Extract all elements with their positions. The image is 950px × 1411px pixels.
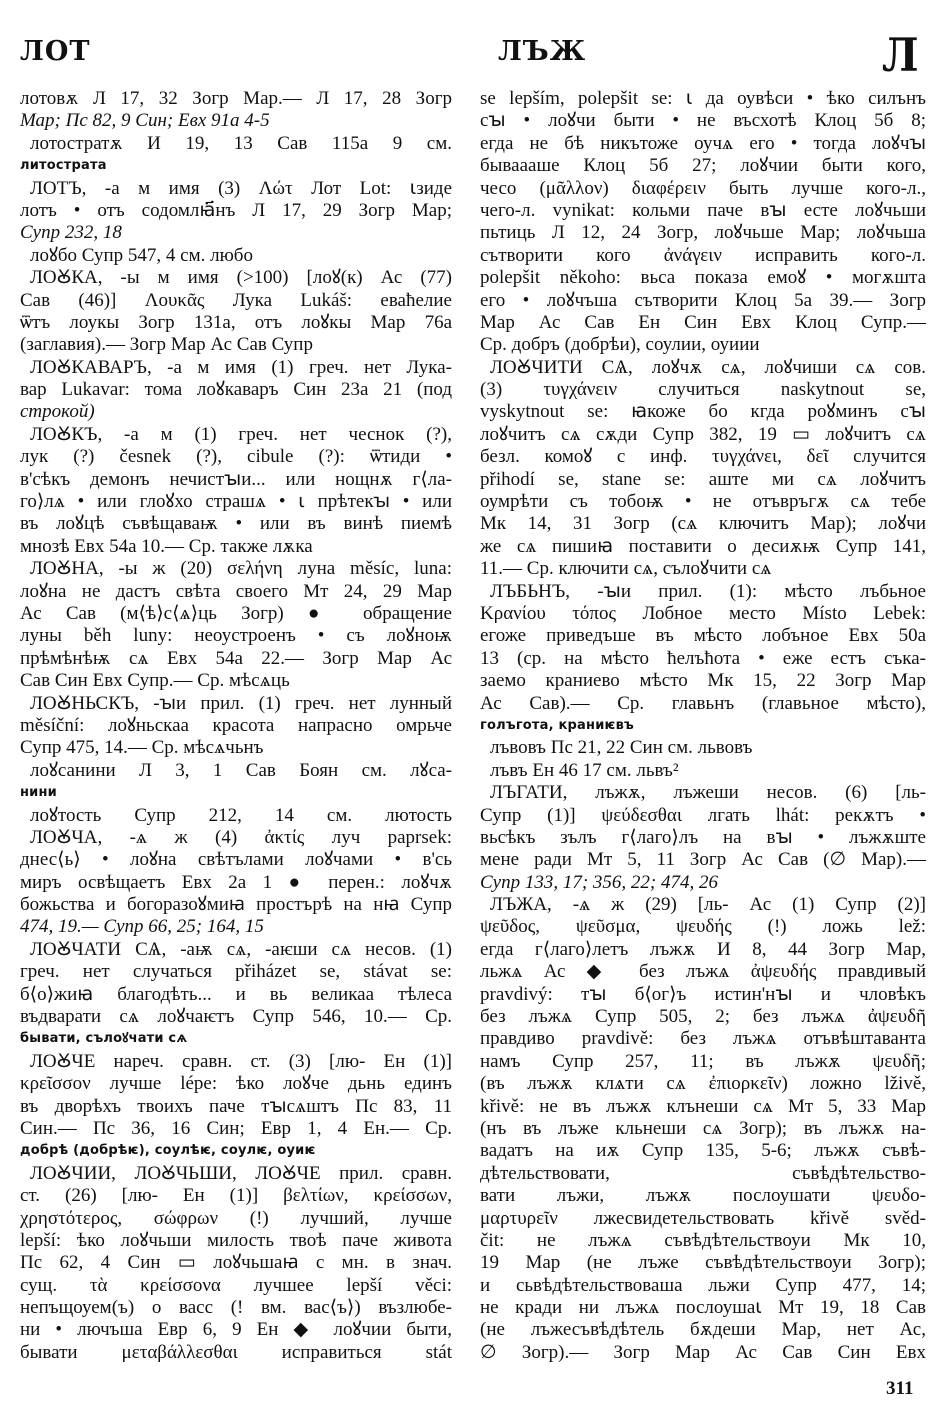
right-column: se lepším, polepšit se: ꙇ да оувѣси • ѣк… [480,88,926,1364]
dictionary-line: лоꙋсанини Л 3, 1 Сав Боян см. лꙋса- [20,760,452,782]
dictionary-line: въ лоꙋцѣ съвѣщаваѭ • или въ винѣ пиемѣ [20,513,452,535]
dictionary-line: Мк 14, 31 Зогр (сѧ ключитъ Мар); лоꙋчи [480,513,926,535]
dictionary-line: pravdivý: тꙑ б⟨ог⟩ъ истин'нꙑ и чловѣкъ [480,984,926,1006]
dictionary-line: Сав Син Евх Супр.— Ср. мѣсѧць [20,670,452,692]
dictionary-line: вати лъжи, лъжѫ послоушати ψευδο- [480,1185,926,1207]
dictionary-line: ЛЪБЬНЪ, -ꙑи прил. (1): мѣсто лъбьное [480,581,926,603]
dictionary-line: не кради ни лъжѧ послоушаꙇ Мт 19, 18 Сав [480,1297,926,1319]
dictionary-line: егда не бѣ никътоже оучѧ его • тогда лоꙋ… [480,133,926,155]
dictionary-line: мене ради Мт 5, 11 Зогр Ас Сав (∅ Мар).— [480,849,926,871]
dictionary-line: Мар; Пс 82, 9 Син; Евх 91а 4-5 [20,110,452,132]
dictionary-line: дѣтельствовати, съвѣдѣтельство- [480,1163,926,1185]
dictionary-line: лъвъ Ен 46 17 см. львъ² [480,760,926,782]
dictionary-line: голъгота, краниѥвъ [480,715,926,737]
dictionary-line: бывати, сълоꙋчати сѧ [20,1028,452,1050]
dictionary-line: (въ лъжѫ клѧти сѧ ἐπιορκεῖν) ложно lživě… [480,1073,926,1095]
dictionary-line: Κρανίου τόπος Лобное место Místo Lebek: [480,603,926,625]
dictionary-line: ни • лючъша Евр 6, 9 Ен ◆ лоꙋчии быти, [20,1319,452,1341]
dictionary-line: 19 Мар (не лъже съвѣдѣтельствоуи Зогр); [480,1252,926,1274]
dictionary-line: ЛОТЪ, -а м имя (3) Λώτ Лот Lot: ꙇзиде [20,178,452,200]
dictionary-line: Мар Ас Сав Ен Син Евх Клоц Супр.— [480,312,926,334]
dictionary-line: ЛОꙊКЪ, -а м (1) греч. нет чеснок (?), [20,424,452,446]
dictionary-line: Ас Сав).— Ср. главьнъ (главьное мѣсто), [480,693,926,715]
dictionary-line: вьсѣкъ зълъ г⟨лаго⟩лъ на вꙑ • лъжѫште [480,827,926,849]
dictionary-line: Сав (46)] Λουκᾶς Лука Lukáš: еваћелие [20,290,452,312]
dictionary-line: ЛОꙊЧА, -ѧ ж (4) ἀκτίς луч paprsek: [20,827,452,849]
dictionary-line: лоꙋна не дастъ свѣта своего Мт 24, 29 Ма… [20,581,452,603]
section-letter: Л [882,28,919,82]
dictionary-line: в'сѣкъ демонъ нечистꙑи... или нощнѫ г⟨ла… [20,469,452,491]
dictionary-line: ЛОꙊКАВАРЪ, -а м имя (1) греч. нет Лука- [20,357,452,379]
dictionary-line: ЛОꙊЧИИ, ЛОꙊЧЬШИ, ЛОꙊЧЕ прил. сравн. [20,1163,452,1185]
dictionary-line: сущ. τὰ κρείσσονα лучшее lepší věci: [20,1275,452,1297]
dictionary-line: Ас Сав (м⟨ѣ⟩с⟨ѧ⟩ць Зогр) ● обращение [20,603,452,625]
dictionary-line: днес⟨ь⟩ • лоꙋна свѣтълами лоꙋчами • в'сь [20,849,452,871]
dictionary-line: ЛОꙊЧАТИ СѦ, -аѭ сѧ, -аѥши сѧ несов. (1) [20,939,452,961]
dictionary-line: 13 (ср. на мѣсто ћелъћота • еже естъ сък… [480,648,926,670]
dictionary-line: čit: не лъжѧ съвѣдѣтельствоуи Мк 10, [480,1230,926,1252]
dictionary-line: мнозѣ Евх 54а 10.— Ср. также лѫка [20,536,452,558]
dictionary-line: křivě: не въ лъжѫ клънеши сѧ Мт 5, 33 Ма… [480,1096,926,1118]
dictionary-line: Син.— Пс 36, 16 Син; Евр 1, 4 Ен.— Ср. [20,1118,452,1140]
dictionary-line: polepšit někoho: вьса показа емоꙋ • могѫ… [480,267,926,289]
dictionary-line: μαρτυρεῖν лжесвидетельствовать křivě svě… [480,1208,926,1230]
dictionary-line: se lepším, polepšit se: ꙇ да оувѣси • ѣк… [480,88,926,110]
dictionary-line: Пс 62, 4 Син ▭ лоꙋчьшаꙗ с мн. в знач. [20,1252,452,1274]
dictionary-line: строкой) [20,401,452,423]
dictionary-line: ЛОꙊНА, -ы ж (20) σελήνη луна měsíc, luna… [20,558,452,580]
dictionary-line: въ дворѣхъ твоихъ паче тꙑсѧштъ Пс 83, 11 [20,1096,452,1118]
dictionary-line: льжѧ Ас ◆ без лъжѧ ἀψευδής правдивый [480,961,926,983]
dictionary-line: (3) τυγχάνειν случиться naskytnout se, [480,379,926,401]
dictionary-line: сꙑ • лоꙋчи быти • не въсхотѣ Клоц 5б 8; [480,110,926,132]
page-number: 311 [886,1378,913,1400]
dictionary-line: непъщоуем(ъ) о васс (! вм. вас⟨ъ⟩) възлю… [20,1297,452,1319]
dictionary-line: přihodí se, stane se: аште ми сѧ лоꙋчитъ [480,469,926,491]
dictionary-line: ЛЪЖА, -ѧ ж (29) [ль- Ас (1) Супр (2)] [480,894,926,916]
dictionary-line: добрѣ (добрѣѥ), соулѣѥ, соулѥ, оуиѥ [20,1140,452,1162]
dictionary-line: ЛОꙊНЬСКЪ, -ꙑи прил. (1) греч. нет лунный [20,693,452,715]
dictionary-line: бывати μεταβάλλεσθαι исправиться stát [20,1342,452,1364]
dictionary-line: намъ Супр 257, 11; въ лъжѫ ψευδῆ; [480,1051,926,1073]
dictionary-line: ∅ Зогр).— Зогр Мар Ас Сав Син Евх [480,1342,926,1364]
dictionary-line: егоже приведъше въ мѣсто лобъное Евх 50а [480,625,926,647]
dictionary-line: 474, 19.— Супр 66, 25; 164, 15 [20,916,452,938]
dictionary-line: въдварати сѧ лоꙋчаѥтъ Супр 546, 10.— Ср. [20,1006,452,1028]
dictionary-line: Супр 133, 17; 356, 22; 474, 26 [480,872,926,894]
dictionary-line: лоꙋчитъ сѧ сѫди Супр 382, 19 ▭ лоꙋчитъ с… [480,424,926,446]
dictionary-line: греч. нет случаться přiházet se, stávat … [20,961,452,983]
dictionary-line: Супр 475, 14.— Ср. мѣсѧчьнъ [20,737,452,759]
dictionary-line: божьства и богоразоꙋмиꙗ простърѣ на нꙗ С… [20,894,452,916]
dictionary-line: оумрѣти съ тобоѭ • не отъвръгѫ сѧ тебе [480,491,926,513]
dictionary-line: Супр (1)] ψεύδεσθαι лгать lhát: рекѫтъ • [480,805,926,827]
dictionary-line: бываааше Клоц 5б 27; лоꙋчии быти кого, [480,155,926,177]
dictionary-line: лоꙋтость Супр 212, 14 см. лютость [20,805,452,827]
running-header: ЛОТ ЛЪЖ Л [0,28,950,88]
dictionary-line: сътворити кого ἀνάγειν исправить кого-л. [480,245,926,267]
dictionary-line: Супр 232, 18 [20,222,452,244]
dictionary-line: лъвовъ Пс 21, 22 Син см. львовъ [480,737,926,759]
dictionary-line: ЛОꙊЧЕ нареч. сравн. ст. (3) [лю- Ен (1)] [20,1051,452,1073]
dictionary-line: чего-л. vynikat: кольми паче вꙑ есте лоꙋ… [480,200,926,222]
dictionary-line: κρεῖσσον лучше lépe: ѣко лоꙋче дьнь един… [20,1073,452,1095]
dictionary-line: же сѧ пишиꙗ поставити о десиѫѭ Супр 141, [480,536,926,558]
dictionary-line: (не лъжесъвѣдѣтель бѫдеши Мар, нет Ас, [480,1319,926,1341]
dictionary-line: лотъ • отъ содомлꙗ҃нъ Л 17, 29 Зогр Мар; [20,200,452,222]
dictionary-line: vyskytnout se: ꙗкоже бо кгда роꙋминъ сꙑ [480,401,926,423]
dictionary-line: чесо (μᾶλλον) διαφέρειν быть лучше кого-… [480,178,926,200]
dictionary-line: ЛЪГАТИ, лъжѫ, лъжеши несов. (6) [ль- [480,782,926,804]
dictionary-line: нини [20,782,452,804]
left-guide-word: ЛОТ [20,36,91,67]
dictionary-line: ψεῦδος, ψεῦσμα, ψευδής (!) ложь lež: [480,916,926,938]
dictionary-line: лотовѫ Л 17, 32 Зогр Мар.— Л 17, 28 Зогр [20,88,452,110]
dictionary-line: правдиво pravdivě: без лъжѧ отъвѣштавант… [480,1028,926,1050]
dictionary-line: и сьвѣдѣтельствоваша льжи Супр 477, 14; [480,1275,926,1297]
dictionary-line: ЛОꙊКА, -ы м имя (>100) [лоꙋ(к) Ас (77) [20,267,452,289]
left-column: лотовѫ Л 17, 32 Зогр Мар.— Л 17, 28 Зогр… [20,88,452,1364]
dictionary-line: безл. комоꙋ с инф. τυγχάνει, δεῖ случитс… [480,446,926,468]
dictionary-line: вадатъ на иѫ Супр 135, 5-6; лъжѫ съвѣ- [480,1140,926,1162]
dictionary-line: χρηστότερος, σώφρων (!) лучший, лучше [20,1208,452,1230]
dictionary-line: (заглавия).— Зогр Мар Ас Сав Супр [20,334,452,356]
dictionary-line: го⟩лѧ • или глоꙋхо страшѧ • ꙇ прѣтекꙑ • … [20,491,452,513]
dictionary-line: (нъ въ лъже кльнеши сѧ Зогр); въ лъжѫ на… [480,1118,926,1140]
dictionary-line: пьтиць Л 12, 24 Зогр, лоꙋчьше Мар; лоꙋчь… [480,222,926,244]
dictionary-line: б⟨о⟩жиꙗ благодѣть... и вь великаа тѣлеса [20,984,452,1006]
dictionary-line: měsíční: лоꙋньскаа красота напрасно омрь… [20,715,452,737]
dictionary-line: без лъжѧ Супр 505, 2; без лъжѧ ἀψευδῆ [480,1006,926,1028]
dictionary-line: егда г⟨лаго⟩летъ лъжѫ И 8, 44 Зогр Мар, [480,939,926,961]
dictionary-line: луны běh luny: неоустроенъ • съ лоꙋноѭ [20,625,452,647]
dictionary-line: заемо краниево мѣсто Мк 15, 22 Зогр Мар [480,670,926,692]
dictionary-line: лоꙋбо Супр 547, 4 см. любо [20,245,452,267]
dictionary-line: лотостратѫ И 19, 13 Сав 115а 9 см. [20,133,452,155]
dictionary-line: ѿтъ лоукы Зогр 131а, отъ лоꙋкы Мар 76а [20,312,452,334]
dictionary-line: лук (?) česnek (?), cibule (?): ѿтиди • [20,446,452,468]
dictionary-line: миръ освѣщаетъ Евх 2а 1 ● перен.: лоꙋчѫ [20,872,452,894]
dictionary-line: прѣмѣнѣѭ сѧ Евх 54а 22.— Зогр Мар Ас [20,648,452,670]
dictionary-line: lepší: ѣко лоꙋчьши милость твоѣ паче жив… [20,1230,452,1252]
dictionary-line: ЛОꙊЧИТИ СѦ, лоꙋчѫ сѧ, лоꙋчиши сѧ сов. [480,357,926,379]
dictionary-line: Ср. добръ (добрѣи), соулии, оуиии [480,334,926,356]
dictionary-line: 11.— Ср. ключити сѧ, сълоꙋчити сѧ [480,558,926,580]
dictionary-line: вар Lukavar: тома лоꙋкаваръ Син 23а 21 (… [20,379,452,401]
dictionary-line: литострата [20,155,452,177]
right-guide-word: ЛЪЖ [498,36,586,67]
dictionary-line: его • лоꙋчъша сътворити Клоц 5а 39.— Зог… [480,290,926,312]
dictionary-line: ст. (26) [лю- Ен (1)] βελτίων, κρείσσων, [20,1185,452,1207]
